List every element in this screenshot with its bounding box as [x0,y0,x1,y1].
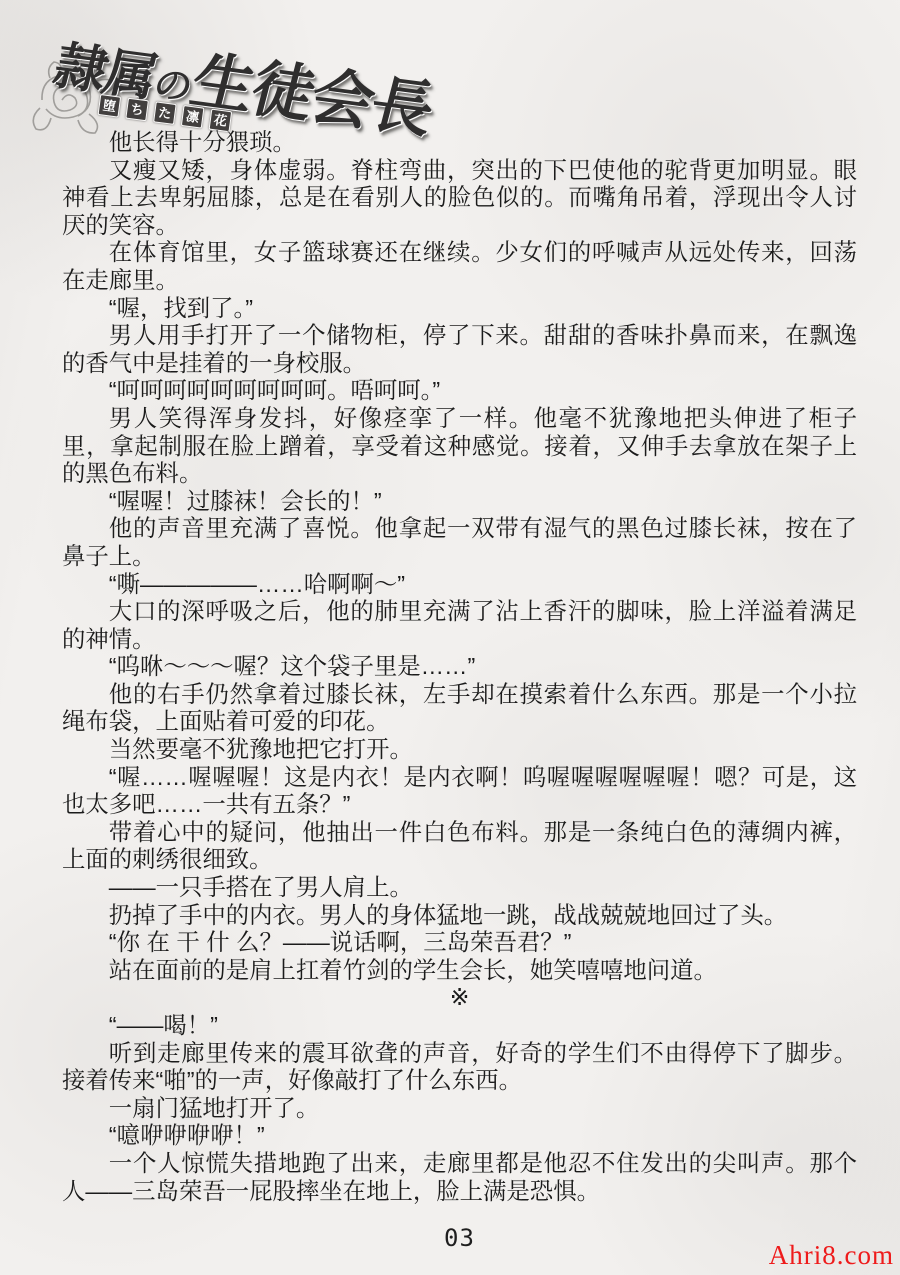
logo-subtitle-char: ち [125,98,149,122]
paragraph: 他的声音里充满了喜悦。他拿起一双带有湿气的黑色过膝长袜，按在了鼻子上。 [62,515,857,570]
paragraph: 大口的深呼吸之后，他的肺里充满了沾上香汗的脚味，脸上洋溢着满足的神情。 [62,598,857,653]
book-logo: 隷属の生徒会長 堕ちた凛花 [38,22,418,132]
paragraph: “喔喔！过膝袜！会长的！” [62,488,857,516]
logo-subtitle-char: た [153,101,177,125]
body-text: 他长得十分猥琐。又瘦又矮，身体虚弱。脊柱弯曲，突出的下巴使他的驼背更加明显。眼神… [62,129,857,1205]
logo-subtitle-char: 堕 [98,94,122,118]
paragraph: “——喝！” [62,1012,857,1040]
paragraph: “噫咿咿咿咿！” [62,1122,857,1150]
paragraph: “喔……喔喔喔！这是内衣！是内衣啊！呜喔喔喔喔喔喔！嗯？可是，这也太多吧……一共… [62,764,857,819]
paragraph: “喔，找到了。” [62,295,857,323]
paragraph: 当然要毫不犹豫地把它打开。 [62,736,857,764]
page-number: 03 [62,1224,857,1252]
logo-subtitle-char: 凛 [181,105,205,129]
paragraph: 他的右手仍然拿着过膝长袜，左手却在摸索着什么东西。那是一个小拉绳布袋，上面贴着可… [62,681,857,736]
paragraph: 站在面前的是肩上扛着竹剑的学生会长，她笑嘻嘻地问道。 [62,957,857,985]
paragraph: 一个人惊慌失措地跑了出来，走廊里都是他忍不住发出的尖叫声。那个人——三岛荣吾一屁… [62,1150,857,1205]
paragraph: “嘶—————……哈啊啊～” [62,571,857,599]
paragraph: 他长得十分猥琐。 [62,129,857,157]
paragraph: 男人笑得浑身发抖，好像痉挛了一样。他毫不犹豫地把头伸进了柜子里，拿起制服在脸上蹭… [62,405,857,488]
paragraph: ——一只手搭在了男人肩上。 [62,874,857,902]
paragraph: ※ [62,984,857,1012]
paragraph: 一扇门猛地打开了。 [62,1095,857,1123]
paragraph: “呜咻～～～喔？这个袋子里是……” [62,653,857,681]
paragraph: “你 在 干 什 么？——说话啊，三岛荣吾君？” [62,929,857,957]
paragraph: 男人用手打开了一个储物柜，停了下来。甜甜的香味扑鼻而来，在飘逸的香气中是挂着的一… [62,322,857,377]
paragraph: 在体育馆里，女子篮球赛还在继续。少女们的呼喊声从远处传来，回荡在走廊里。 [62,239,857,294]
paragraph: 带着心中的疑问，他抽出一件白色布料。那是一条纯白色的薄绸内裤，上面的刺绣很细致。 [62,819,857,874]
paragraph: 又瘦又矮，身体虚弱。脊柱弯曲，突出的下巴使他的驼背更加明显。眼神看上去卑躬屈膝，… [62,157,857,240]
paragraph: 听到走廊里传来的震耳欲聋的声音，好奇的学生们不由得停下了脚步。接着传来“啪”的一… [62,1040,857,1095]
paragraph: 扔掉了手中的内衣。男人的身体猛地一跳，战战兢兢地回过了头。 [62,902,857,930]
watermark: Ahri8.com [769,1240,894,1271]
paragraph: “呵呵呵呵呵呵呵呵呵。唔呵呵。” [62,377,857,405]
